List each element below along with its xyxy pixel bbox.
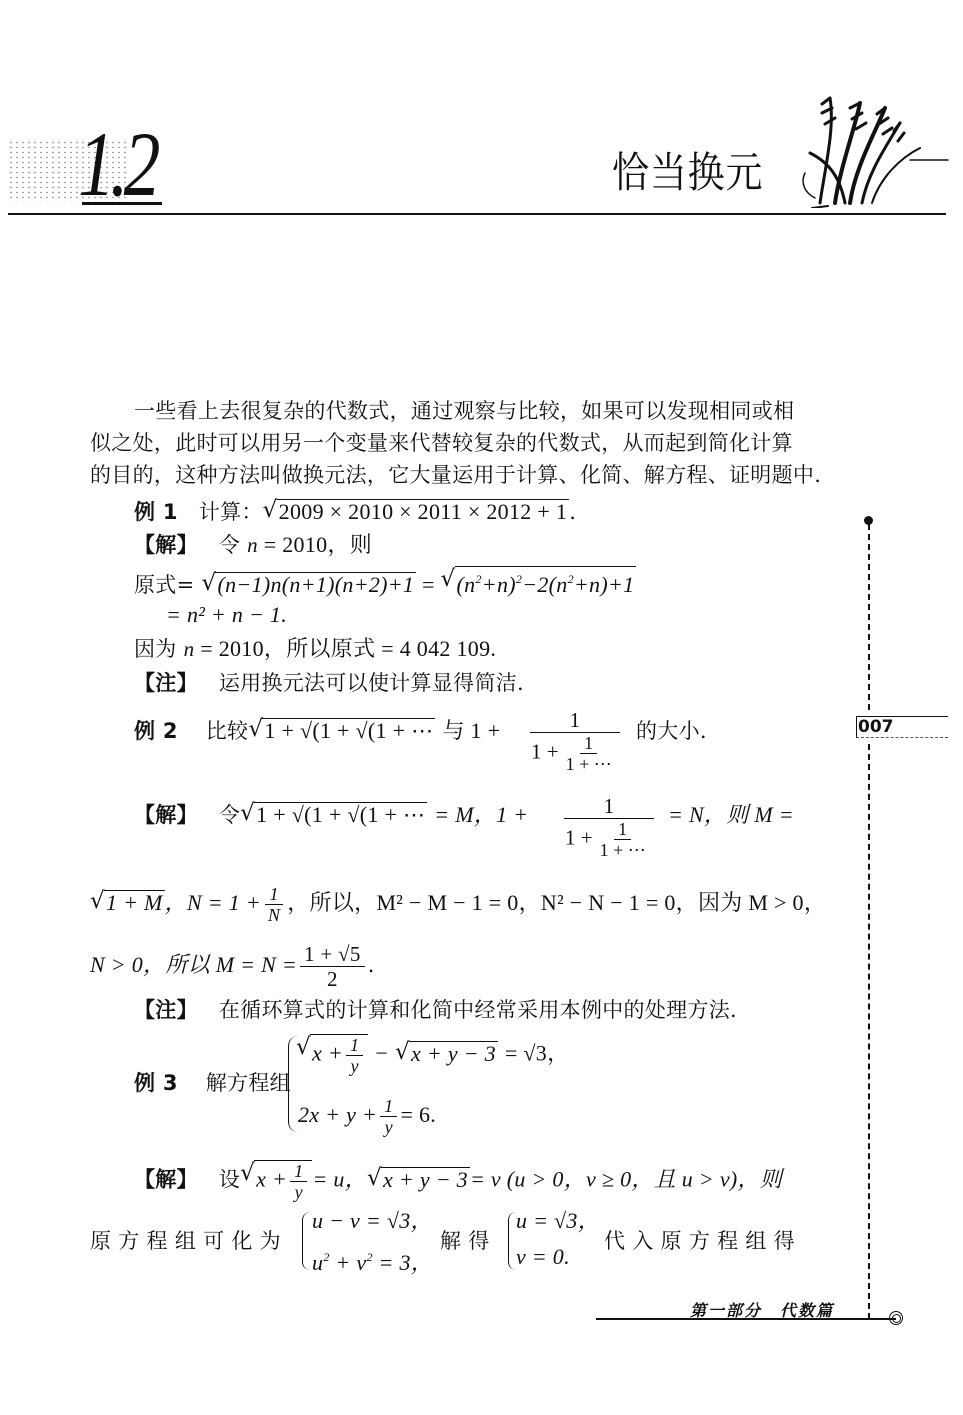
- example1-solution-line-1: 【解】 令 n = 2010，则: [134, 530, 372, 560]
- system2-eq1: u = √3，: [516, 1206, 600, 1236]
- example1-label: 例 1: [134, 500, 178, 524]
- example2-statement: 例 2 比较1 + √(1 + √(1 + ⋯ 与 1 +: [134, 716, 500, 746]
- example2-sol-eq-N: = N，则 M =: [668, 800, 794, 830]
- sqrt-expression: 2009 × 2010 × 2011 × 2012 + 1: [263, 497, 570, 527]
- example2-solution-line-2: 1 + M，N = 1 +1N，所以，M² − M − 1 = 0，N² − N…: [90, 884, 826, 925]
- intro-line-3: 的目的，这种方法叫做换元法，它大量运用于计算、化简、解方程、证明题中.: [90, 460, 821, 490]
- margin-dashed-line: [868, 524, 870, 710]
- example2-solution-line-3: N > 0，所以 M = N =1 + √52.: [90, 942, 375, 991]
- intro-line-2: 似之处，此时可以用另一个变量来代替较复杂的代数式，从而起到简化计算: [90, 428, 793, 458]
- note-label: 【注】: [134, 671, 198, 695]
- system-brace: [508, 1212, 516, 1270]
- section-title: 恰当换元: [612, 152, 763, 194]
- section-number: 1.2: [78, 118, 156, 210]
- margin-dashed-line: [868, 744, 870, 1319]
- system2-eq2: v = 0.: [516, 1242, 570, 1272]
- example3-solution-line-2a: 原 方 程 组 可 化 为: [90, 1226, 281, 1256]
- example3-equation-1: x +1y − x + y − 3 = √3，: [296, 1034, 569, 1076]
- example2-label: 例 2: [134, 719, 178, 743]
- example2-end: 的大小.: [636, 716, 707, 746]
- example3-statement: 例 3 解方程组: [134, 1068, 291, 1098]
- footer-circle-icon: [889, 1311, 903, 1325]
- example2-solution-fraction: 1 1 +11 + ⋯: [558, 794, 660, 860]
- example1-solution-line-2: 原式= (n−1)n(n+1)(n+2)+1 = (n2+n)2−2(n2+n)…: [134, 566, 636, 600]
- reeds-decoration-icon: [800, 88, 950, 208]
- page-number: 007: [858, 717, 894, 737]
- solution-label: 【解】: [134, 533, 198, 557]
- example1-solution-line-4: 因为 n = 2010，所以原式 = 4 042 109.: [134, 634, 496, 664]
- example2-solution-line-1: 【解】 令1 + √(1 + √(1 + ⋯ = M，1 +: [134, 800, 528, 830]
- note-label: 【注】: [134, 998, 198, 1022]
- system1-eq1: u − v = √3，: [312, 1206, 433, 1236]
- example1-note: 【注】 运用换元法可以使计算显得简洁.: [134, 668, 524, 698]
- footer-rule: [596, 1318, 896, 1320]
- example3-solution-line-1: 【解】 设x +1y= u，x + y − 3= v (u > 0，v ≥ 0，…: [134, 1160, 782, 1202]
- example1-statement: 例 1 计算：2009 × 2010 × 2011 × 2012 + 1.: [134, 497, 576, 527]
- solution-label: 【解】: [134, 1168, 198, 1192]
- example1-solution-line-3: = n² + n − 1.: [166, 600, 287, 630]
- nested-sqrt: 1 + √(1 + √(1 + ⋯: [248, 716, 435, 746]
- example3-equation-2: 2x + y +1y= 6.: [298, 1096, 436, 1137]
- system1-eq2: u2 + v2 = 3，: [312, 1242, 433, 1278]
- example2-note: 【注】 在循环算式的计算和化简中经常采用本例中的处理方法.: [134, 995, 737, 1025]
- system-brace: [302, 1212, 310, 1270]
- example3-label: 例 3: [134, 1071, 178, 1095]
- intro-line-1: 一些看上去很复杂的代数式，通过观察与比较，如果可以发现相同或相: [134, 396, 794, 426]
- example3-solution-line-2c: 代 入 原 方 程 组 得: [604, 1226, 795, 1256]
- section-number-underline: [82, 202, 162, 205]
- example2-continued-fraction: 1 1 +11 + ⋯: [524, 708, 626, 774]
- header-rule: [8, 213, 946, 215]
- solution-label: 【解】: [134, 803, 198, 827]
- example3-solution-line-2b: 解 得: [440, 1226, 490, 1256]
- example1-prompt: 计算：: [199, 500, 263, 524]
